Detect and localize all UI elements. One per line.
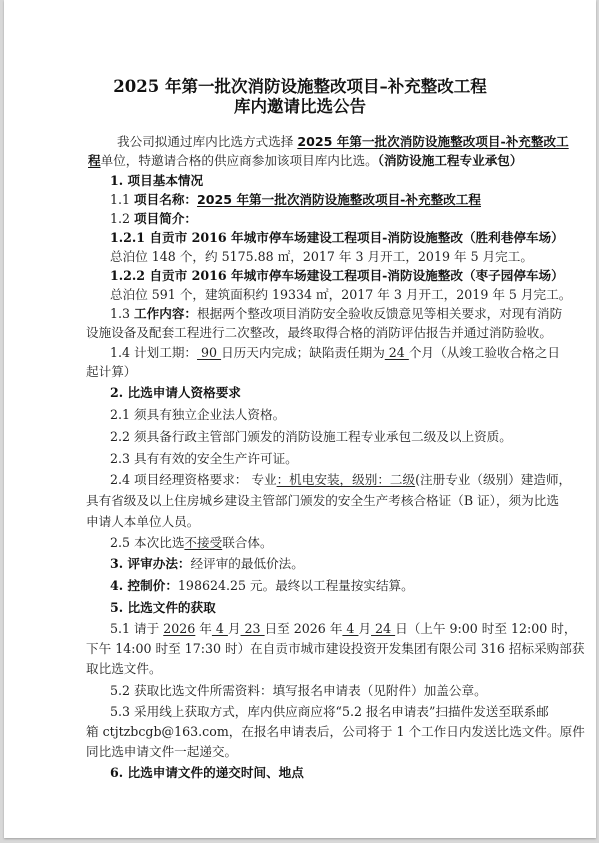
start-day: 23: [241, 621, 265, 636]
acquisition-5-1-line1: 5.1 请于 2026 年 4 月 23 日至 2026 年 4 月 24 日（…: [110, 620, 576, 638]
schedule-line2: 起计算）: [86, 363, 136, 381]
acquisition-5-3-line3: 同比选申请文件一起递交。: [86, 743, 237, 761]
section-1-heading: 1. 项目基本情况: [110, 172, 203, 190]
document-page: 2025 年第一批次消防设施整改项目–补充整改工程 库内邀请比选公告 我公司拟通…: [4, 0, 596, 838]
control-price-label: 4. 控制价：: [110, 578, 178, 593]
schedule-line1: 1.4 计划工期： 90 日历天内完成；缺陷责任期为 24 个月（从竣工验收合格…: [110, 344, 560, 362]
consortium-suffix: 联合体。: [222, 535, 272, 550]
acquisition-5-1-line2: 下午 14:00 时至 17:30 时）在自贡市城市建设投资开发集团有限公司 3…: [86, 640, 584, 658]
intro-line1: 我公司拟通过库内比选方式选择 2025 年第一批次消防设施整改项目-补充整改工: [117, 133, 569, 151]
section-3-evaluation: 3. 评审办法：经评审的最低价法。: [110, 555, 304, 573]
intro-prefix: 我公司拟通过库内比选方式选择: [117, 134, 297, 149]
document-title-line1: 2025 年第一批次消防设施整改项目–补充整改工程: [4, 76, 596, 98]
work-content-line2: 设施设备及配套工程进行二次整改，最终取得合格的消防评估报告并通过消防验收。: [86, 324, 552, 342]
requirement-2-3: 2.3 具有有效的安全生产许可证。: [110, 450, 298, 468]
document-title-line2: 库内邀请比选公告: [4, 96, 596, 118]
requirement-2-1: 2.1 须具有独立企业法人资格。: [110, 406, 285, 424]
evaluation-value: 经评审的最低价法。: [191, 556, 304, 571]
project-name-value: 2025 年第一批次消防设施整改项目-补充整改工程: [197, 192, 481, 207]
intro-line2: 程单位，特邀请合格的供应商参加该项目库内比选。（消防设施工程专业承包）: [88, 152, 522, 170]
schedule-label: 1.4 计划工期：: [110, 345, 197, 360]
intro-project-name: 2025 年第一批次消防设施整改项目-补充整改工: [297, 134, 568, 149]
text: 日（上午 9:00 时至 12:00 时，: [395, 621, 576, 636]
text: 5.1 请于: [110, 621, 163, 636]
consortium-prefix: 2.5 本次比选: [110, 535, 184, 550]
consortium-not-accepted: 不接受: [184, 535, 222, 550]
end-day: 24: [371, 621, 395, 636]
project-intro-label: 项目简介：: [134, 211, 197, 226]
warranty-months: 24: [385, 345, 409, 360]
subproject-2-desc: 总泊位 591 个，建筑面积约 19334 ㎡，2017 年 3 月开工，201…: [110, 286, 571, 304]
evaluation-label: 3. 评审办法：: [110, 556, 191, 571]
intro-invitation: 单位，特邀请合格的供应商参加该项目库内比选。: [101, 153, 378, 168]
acquisition-5-3-line1: 5.3 采用线上获取方式，库内供应商应将“5.2 报名申请表”扫描件发送至联系邮: [110, 703, 549, 721]
requirement-2-5: 2.5 本次比选不接受联合体。: [110, 534, 273, 552]
requirement-2-4-line2: 具有省级及以上住房城乡建设主管部门颁发的安全生产考核合格证（B 证），须为比选: [86, 492, 559, 510]
acquisition-5-3-line2: 箱 ctjtzbcgb@163.com，在报名申请表后，公司将于 1 个工作日内…: [86, 723, 585, 741]
item-number: 1.1: [110, 192, 134, 207]
section-2-heading: 2. 比选申请人资格要求: [110, 384, 241, 402]
manager-req-suffix: (注册专业（级别）建造师，: [415, 472, 571, 487]
work-content-text: 根据两个整改项目消防安全验收反馈意见等相关要求，对现有消防: [197, 306, 562, 321]
intro-contract-type: （消防设施工程专业承包）: [378, 153, 523, 168]
text: 月: [228, 621, 241, 636]
start-year: 2026: [163, 621, 195, 636]
intro-project-name-end: 程: [88, 153, 101, 168]
work-content-line1: 1.3 工作内容：根据两个整改项目消防安全验收反馈意见等相关要求，对现有消防: [110, 305, 562, 323]
acquisition-5-1-line3: 取比选文件。: [86, 660, 162, 678]
project-intro-line: 1.2 项目简介：: [110, 210, 197, 228]
schedule-days: 90: [197, 345, 221, 360]
start-month: 4: [212, 621, 228, 636]
control-price-value: 198624.25 元。最终以工程量按实结算。: [178, 578, 414, 593]
subproject-1-title: 1.2.1 自贡市 2016 年城市停车场建设工程项目-消防设施整改（胜利巷停车…: [110, 229, 564, 247]
project-name-label: 项目名称：: [134, 192, 197, 207]
item-number: 1.2: [110, 211, 134, 226]
section-5-heading: 5. 比选文件的获取: [110, 599, 216, 617]
manager-req-label: 2.4 项目经理资格要求： 专业: [110, 472, 277, 487]
requirement-2-4-line3: 申请人本单位人员。: [86, 513, 199, 531]
text: 年: [195, 621, 212, 636]
schedule-suffix: 个月（从竣工验收合格之日: [409, 345, 560, 360]
subproject-1-desc: 总泊位 148 个，约 5175.88 ㎡，2017 年 3 月开工，2019 …: [110, 248, 533, 266]
project-name-line: 1.1 项目名称：2025 年第一批次消防设施整改项目-补充整改工程: [110, 191, 481, 209]
end-month: 4: [342, 621, 358, 636]
section-4-control-price: 4. 控制价：198624.25 元。最终以工程量按实结算。: [110, 577, 414, 595]
requirement-2-2: 2.2 须具备行政主管部门颁发的消防设施工程专业承包二级及以上资质。: [110, 428, 512, 446]
acquisition-5-2: 5.2 获取比选文件所需资料：填写报名申请表（见附件）加盖公章。: [110, 682, 487, 700]
text: 月: [358, 621, 371, 636]
manager-req-specialty: ：机电安装，级别：二级: [277, 472, 416, 487]
schedule-mid: 日历天内完成；缺陷责任期为: [221, 345, 385, 360]
requirement-2-4-line1: 2.4 项目经理资格要求： 专业：机电安装，级别：二级(注册专业（级别）建造师，: [110, 471, 571, 489]
item-number: 1.3: [110, 306, 134, 321]
section-6-heading: 6. 比选申请文件的递交时间、地点: [110, 764, 304, 782]
subproject-2-title: 1.2.2 自贡市 2016 年城市停车场建设工程项目-消防设施整改（枣子园停车…: [110, 267, 564, 285]
text: 日至 2026 年: [265, 621, 343, 636]
work-content-label: 工作内容：: [134, 306, 197, 321]
